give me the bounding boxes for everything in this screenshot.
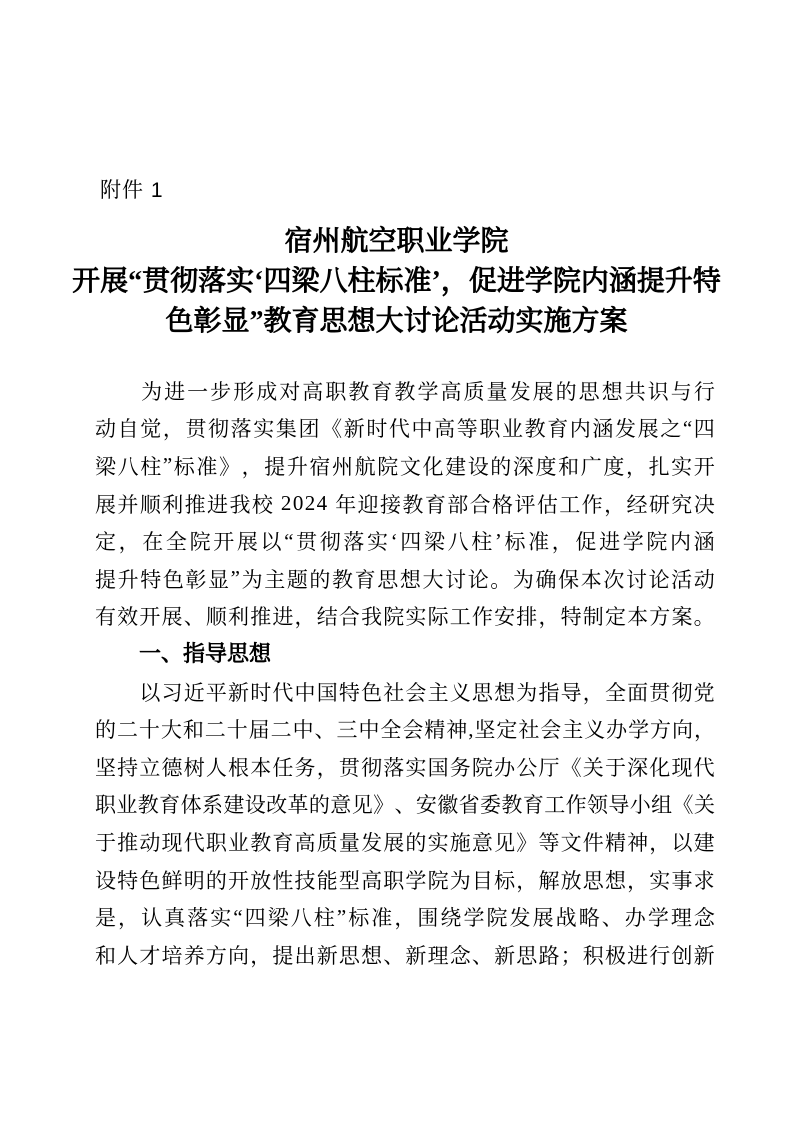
document-body: 为进一步形成对高职教育教学高质量发展的思想共识与行动自觉，贯彻落实集团《新时代中… bbox=[95, 372, 715, 974]
attachment-label: 附件 1 bbox=[100, 176, 793, 206]
text-line: 的二十大和二十届二中、三中全会精神,坚定社会主义办学方向， bbox=[95, 710, 715, 748]
text-line: 坚持立德树人根本任务，贯彻落实国务院办公厅《关于深化现代 bbox=[95, 748, 715, 786]
text-line: 和人才培养方向，提出新思想、新理念、新思路；积极进行创新 bbox=[95, 936, 715, 974]
text-line: 梁八柱”标准》，提升宿州航院文化建设的深度和广度，扎实开 bbox=[95, 447, 715, 485]
text-line: 设特色鲜明的开放性技能型高职学院为目标，解放思想，实事求 bbox=[95, 861, 715, 899]
document-title-line-1: 宿州航空职业学院 bbox=[0, 222, 793, 262]
section-heading: 一、指导思想 bbox=[95, 635, 715, 673]
text-line: 动自觉，贯彻落实集团《新时代中高等职业教育内涵发展之“四 bbox=[95, 410, 715, 448]
text-line: 展并顺利推进我校 2024 年迎接教育部合格评估工作，经研究决 bbox=[95, 485, 715, 523]
text-line: 以习近平新时代中国特色社会主义思想为指导，全面贯彻党 bbox=[95, 673, 715, 711]
text-line: 是，认真落实“四梁八柱”标准，围绕学院发展战略、办学理念 bbox=[95, 898, 715, 936]
text-line: 提升特色彰显”为主题的教育思想大讨论。为确保本次讨论活动 bbox=[95, 560, 715, 598]
document-subtitle-line-2: 色彰显”教育思想大讨论活动实施方案 bbox=[0, 302, 793, 342]
document-page: 附件 1 宿州航空职业学院 开展“贯彻落实‘四梁八柱标准’，促进学院内涵提升特 … bbox=[0, 0, 793, 1122]
text-line: 职业教育体系建设改革的意见》、安徽省委教育工作领导小组《关 bbox=[95, 786, 715, 824]
text-line: 定，在全院开展以“贯彻落实‘四梁八柱’标准，促进学院内涵 bbox=[95, 522, 715, 560]
text-line: 为进一步形成对高职教育教学高质量发展的思想共识与行 bbox=[95, 372, 715, 410]
document-subtitle-line-1: 开展“贯彻落实‘四梁八柱标准’，促进学院内涵提升特 bbox=[0, 262, 793, 302]
text-line: 于推动现代职业教育高质量发展的实施意见》等文件精神，以建 bbox=[95, 823, 715, 861]
text-line: 有效开展、顺利推进，结合我院实际工作安排，特制定本方案。 bbox=[95, 598, 715, 636]
